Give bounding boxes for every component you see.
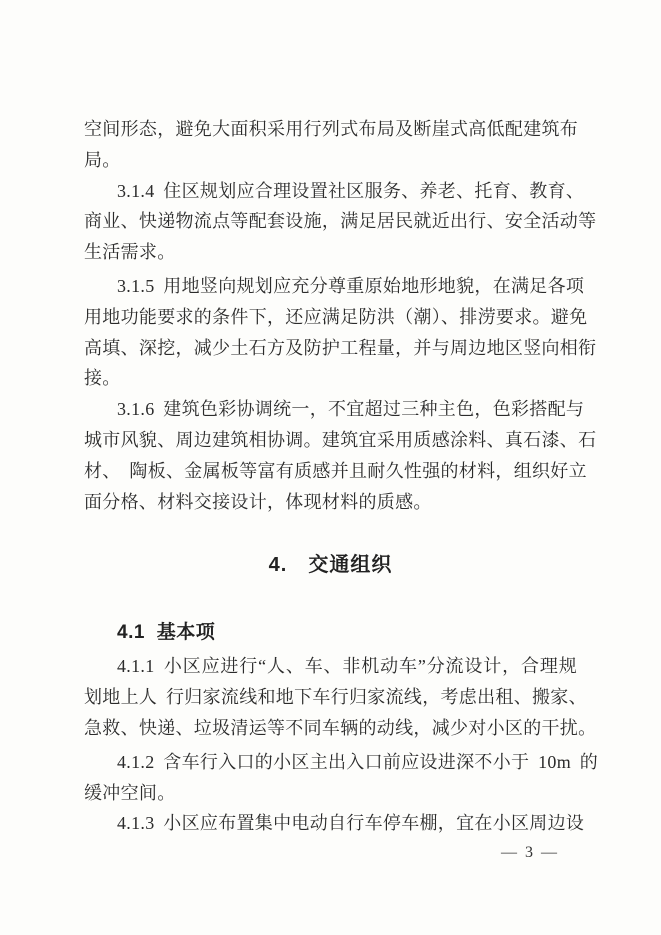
text-line: 商业、快递物流点等配套设施，满足居民就近出行、安全活动等 [84, 206, 577, 237]
paragraph-3-1-5: 3.1.5 用地竖向规划应充分尊重原始地形地貌，在满足各项 用地功能要求的条件下… [84, 271, 577, 394]
text-line: 急救、快递、垃圾清运等不同车辆的动线，减少对小区的干扰。 [84, 713, 577, 744]
paragraph-continuation: 空间形态，避免大面积采用行列式布局及断崖式高低配建筑布 局。 [84, 114, 577, 176]
text-line: 高填、深挖，减少土石方及防护工程量，并与周边地区竖向相衔 [84, 333, 577, 364]
text-line: 3.1.6 建筑色彩协调统一，不宜超过三种主色，色彩搭配与 [84, 394, 577, 425]
section-heading: 4. 交通组织 [84, 552, 577, 578]
text-line: 缓冲空间。 [84, 778, 577, 809]
paragraph-3-1-6: 3.1.6 建筑色彩协调统一，不宜超过三种主色，色彩搭配与 城市风貌、周边建筑相… [84, 394, 577, 517]
text-line: 4.1.1 小区应进行“人、车、非机动车”分流设计，合理规 [84, 651, 577, 682]
text-line: 4.1.2 含车行入口的小区主出入口前应设进深不小于 10m 的 [84, 747, 577, 778]
paragraph-4-1-3: 4.1.3 小区应布置集中电动自行车停车棚，宜在小区周边设 [84, 808, 577, 839]
text-line: 局。 [84, 145, 577, 176]
text-line: 城市风貌、周边建筑相协调。建筑宜采用质感涂料、真石漆、石 [84, 425, 577, 456]
document-body: 空间形态，避免大面积采用行列式布局及断崖式高低配建筑布 局。 3.1.4 住区规… [84, 114, 577, 839]
text-line: 划地上人 行归家流线和地下车行归家流线，考虑出租、搬家、 [84, 682, 577, 713]
paragraph-3-1-4: 3.1.4 住区规划应合理设置社区服务、养老、托育、教育、 商业、快递物流点等配… [84, 176, 577, 268]
text-line: 3.1.5 用地竖向规划应充分尊重原始地形地貌，在满足各项 [84, 271, 577, 302]
text-line: 4.1.3 小区应布置集中电动自行车停车棚，宜在小区周边设 [84, 808, 577, 839]
paragraph-4-1-1: 4.1.1 小区应进行“人、车、非机动车”分流设计，合理规 划地上人 行归家流线… [84, 651, 577, 743]
document-page: 空间形态，避免大面积采用行列式布局及断崖式高低配建筑布 局。 3.1.4 住区规… [0, 0, 661, 935]
text-line: 生活需求。 [84, 237, 577, 268]
text-line: 接。 [84, 363, 577, 394]
text-line: 面分格、材料交接设计，体现材料的质感。 [84, 487, 577, 518]
subsection-heading: 4.1 基本项 [84, 620, 577, 646]
page-number: — 3 — [501, 843, 559, 863]
text-line: 用地功能要求的条件下，还应满足防洪（潮）、排涝要求。避免 [84, 302, 577, 333]
text-line: 材、 陶板、金属板等富有质感并且耐久性强的材料，组织好立 [84, 456, 577, 487]
paragraph-4-1-2: 4.1.2 含车行入口的小区主出入口前应设进深不小于 10m 的 缓冲空间。 [84, 747, 577, 809]
text-line: 3.1.4 住区规划应合理设置社区服务、养老、托育、教育、 [84, 176, 577, 207]
text-line: 空间形态，避免大面积采用行列式布局及断崖式高低配建筑布 [84, 114, 577, 145]
